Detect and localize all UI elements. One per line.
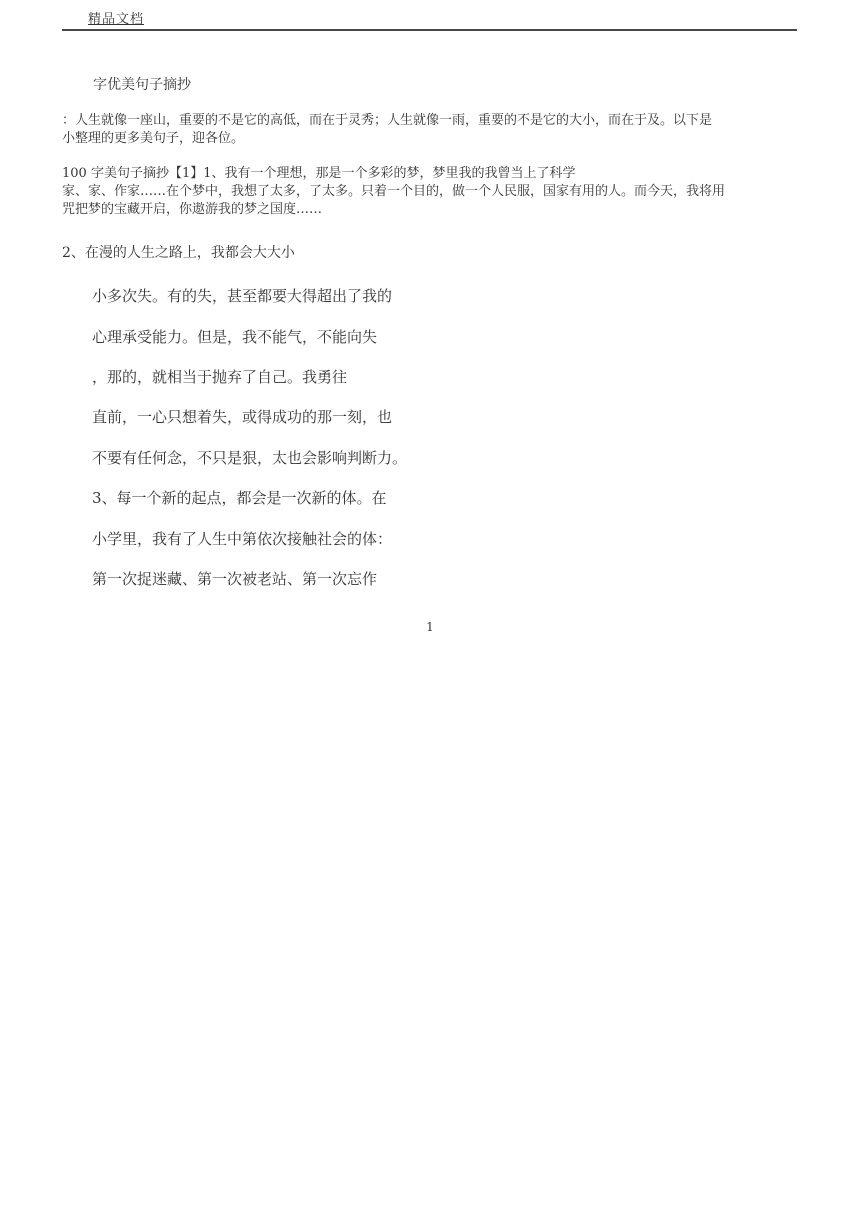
paragraph-intro-line-1: ：人生就像一座山，重要的不是它的高低，而在于灵秀；人生就像一雨，重要的不是它的大… bbox=[62, 112, 712, 130]
spaced-line: 心理承受能力。但是，我不能气，不能向失 bbox=[92, 328, 377, 347]
paragraph-item-1-line-3: 咒把梦的宝藏开启，你遨游我的梦之国度…… bbox=[62, 201, 725, 219]
spaced-line: 小多次失。有的失，甚至都要大得超出了我的 bbox=[92, 287, 392, 306]
header-rule-divider bbox=[62, 29, 797, 31]
spaced-line: 第一次捉迷藏、第一次被老站、第一次忘作 bbox=[92, 570, 377, 589]
document-title: 字优美句子摘抄 bbox=[93, 76, 191, 94]
page-number: 1 bbox=[0, 620, 860, 634]
spaced-line: 小学里，我有了人生中第依次接触社会的体： bbox=[92, 530, 392, 549]
paragraph-item-1-line-2: 家、家、作家……在个梦中，我想了太多，了太多。只着一个目的，做一个人民服，国家有… bbox=[62, 183, 725, 201]
paragraph-intro-line-2: 小整理的更多美句子，迎各位。 bbox=[62, 130, 712, 148]
paragraph-item-1-line-1: 100 字美句子摘抄【1】1、我有一个理想，那是一个多彩的梦，梦里我的我曾当上了… bbox=[62, 165, 725, 183]
page-header-text: 精品文档 bbox=[88, 12, 144, 28]
spaced-line: 直前，一心只想着失，或得成功的那一刻，也 bbox=[92, 408, 392, 427]
document-page: 精品文档 字优美句子摘抄 ：人生就像一座山，重要的不是它的高低，而在于灵秀；人生… bbox=[0, 0, 860, 1218]
paragraph-item-1: 100 字美句子摘抄【1】1、我有一个理想，那是一个多彩的梦，梦里我的我曾当上了… bbox=[62, 165, 725, 219]
paragraph-intro: ：人生就像一座山，重要的不是它的高低，而在于灵秀；人生就像一雨，重要的不是它的大… bbox=[62, 112, 712, 148]
spaced-line: ，那的，就相当于抛弃了自己。我勇往 bbox=[92, 368, 347, 387]
paragraph-item-2: 2、在漫的人生之路上，我都会大大小 bbox=[62, 244, 295, 262]
spaced-line: 不要有任何念，不只是狠，太也会影响判断力。 bbox=[92, 449, 407, 468]
spaced-line: 3、每一个新的起点，都会是一次新的体。在 bbox=[92, 489, 387, 508]
